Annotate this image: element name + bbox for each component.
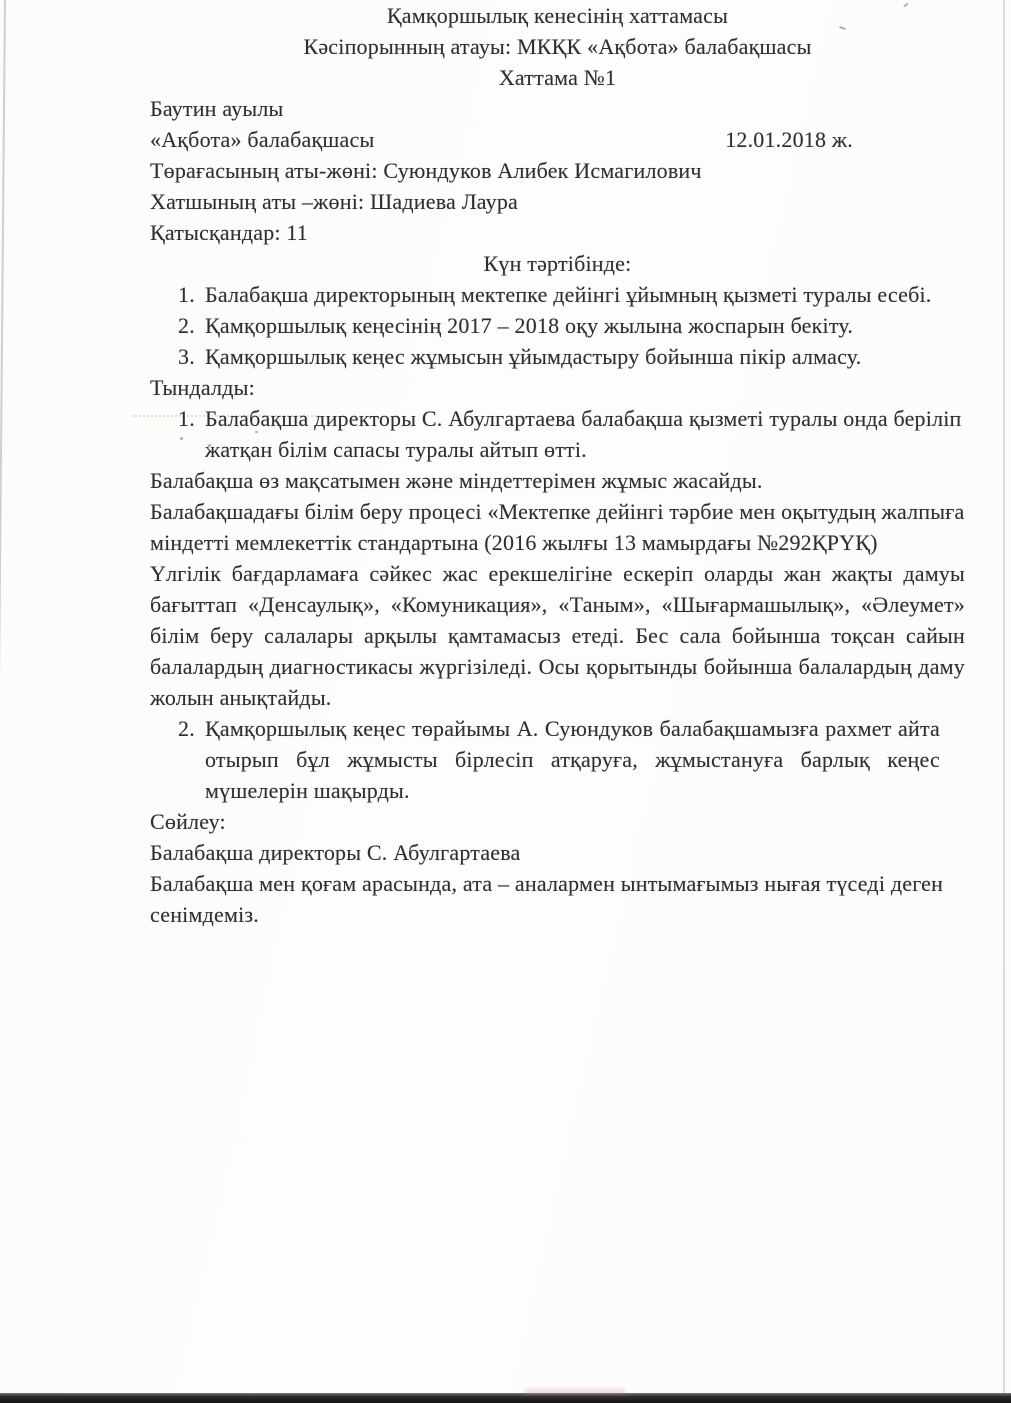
agenda-item-text: Қамқоршылық кеңесінің 2017 – 2018 оқу жы… [205,310,965,341]
document-content: Қамқоршылық кенесінің хаттамасы Кәсіпоры… [150,0,965,930]
scan-bottom-edge [0,1393,1011,1403]
heard-item: 1. Балабақша директоры С. Абулгартаева б… [150,403,965,465]
protocol-number: Хаттама №1 [150,62,965,93]
heard-paragraph: Балабақшадағы білім беру процесі «Мектеп… [150,496,965,558]
heard-heading: Тындалды: [150,372,965,403]
chairman-line: Төрағасының аты-жөні: Суюндуков Алибек И… [150,155,965,186]
scan-left-edge-line [0,0,6,1403]
speech-heading: Сөйлеу: [150,806,965,837]
scan-right-edge-line [1003,0,1005,1395]
agenda-item: 2. Қамқоршылық кеңесінің 2017 – 2018 оқу… [150,310,965,341]
scan-bottom-smudge [525,1389,625,1395]
heard-item-text: Балабақша директоры С. Абулгартаева бала… [205,403,965,465]
heard-item: 2. Қамқоршылық кеңес төрайымы А. Суюндук… [150,713,965,806]
kindergarten-name: «Ақбота» балабақшасы [150,124,374,155]
document-date: 12.01.2018 ж. [725,124,853,155]
heard-paragraph: Балабақша өз мақсатымен және міндеттерім… [150,465,965,496]
heard-item-text: Қамқоршылық кеңес төрайымы А. Суюндуков … [205,713,940,806]
speech-text: Балабақша мен қоғам арасында, ата – анал… [150,868,965,930]
heard-item-number: 1. [178,403,205,465]
secretary-line: Хатшының аты –жөні: Шадиева Лаура [150,186,965,217]
agenda-item-number: 3. [178,341,205,372]
heard-paragraph: Үлгілік бағдарламаға сәйкес жас ерекшелі… [150,558,965,713]
heard-item-number: 2. [178,713,205,806]
agenda-item-text: Балабақша директорының мектепке дейінгі … [205,279,965,310]
agenda-item-text: Қамқоршылық кеңес жұмысын ұйымдастыру бо… [205,341,965,372]
agenda-list: 1. Балабақша директорының мектепке дейін… [150,279,965,372]
village-line: Баутин ауылы [150,93,965,124]
scanned-document-page: Қамқоршылық кенесінің хаттамасы Кәсіпоры… [0,0,1011,1403]
document-title: Қамқоршылық кенесінің хаттамасы [150,0,965,31]
agenda-item-number: 2. [178,310,205,341]
agenda-item: 3. Қамқоршылық кеңес жұмысын ұйымдастыру… [150,341,965,372]
speech-speaker-line: Балабақша директоры С. Абулгартаева [150,837,965,868]
kindergarten-date-row: «Ақбота» балабақшасы 12.01.2018 ж. [150,124,965,155]
agenda-item-number: 1. [178,279,205,310]
organization-name-line: Кәсіпорынның атауы: МКҚК «Ақбота» балаба… [150,31,965,62]
attendees-line: Қатысқандар: 11 [150,217,965,248]
agenda-heading: Күн тәртібінде: [150,248,965,279]
agenda-item: 1. Балабақша директорының мектепке дейін… [150,279,965,310]
